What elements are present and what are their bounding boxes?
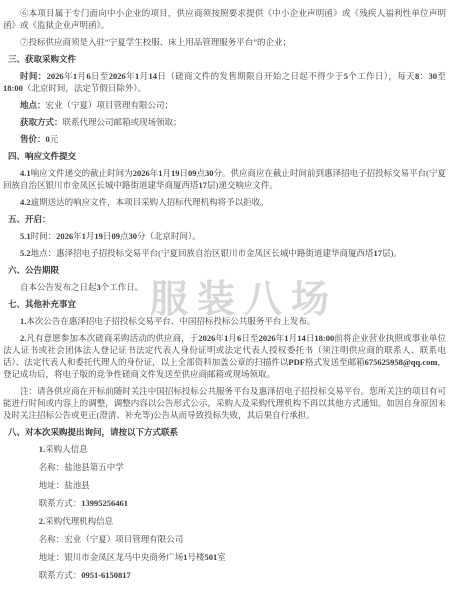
heading-section-6-announcement-period: 六、公告期限 (8, 264, 446, 276)
paragraph-announcement-period: 自本公告发布之日起3个工作日。 (3, 281, 446, 293)
purchaser-info-title: 1.采购人信息 (3, 443, 446, 455)
obtain-method-label: 获取方式： (20, 117, 63, 127)
heading-section-5-opening: 五、开启： (8, 213, 446, 225)
procurement-announcement-page: ⑥本项目属于专门面向中小企业的项目，供应商须按照要求提供《中小企业声明函》或《残… (0, 0, 450, 581)
obtain-method-value: 联系代理公司邮箱或现场领取； (63, 117, 182, 127)
paragraph-smb-requirement: ⑥本项目属于专门面向中小企业的项目，供应商须按照要求提供《中小企业声明函》或《残… (3, 7, 446, 31)
paragraph-4-1-deadline: 4.1响应文件递交的截止时间为2026年1月19日09点30分。供应商应在截止时… (3, 167, 446, 191)
price-label: 售价： (20, 134, 46, 144)
row-obtain-time: 时间：2026年1月6日至2026年1月14日（磋商文件的发售期限自开始之日起不… (3, 70, 446, 94)
agency-address: 地址：银川市金凤区龙马中央商务广场1号楼501室 (3, 551, 446, 563)
paragraph-note-attention: 注：请各供应商在开标前随时关注中国招标投标公共服务平台及惠泽招电子招投标交易平台… (3, 385, 446, 421)
purchaser-name: 名称：盐池县第五中学 (3, 461, 446, 473)
obtain-location-value: 宏业（宁夏）项目管理有限公司； (46, 100, 174, 110)
row-price: 售价：0元 (3, 133, 446, 145)
paragraph-5-1-opening-time: 5.1时间：2026年1月19日09点30分（北京时间）。 (3, 230, 446, 242)
obtain-location-label: 地点： (20, 100, 46, 110)
purchaser-phone: 联系方式：13995256461 (3, 497, 446, 509)
paragraph-platform-entry-requirement: ⑦投标供应商须是入驻“宁夏学生校服、床上用品管理服务平台”的企业； (3, 36, 446, 48)
row-obtain-method: 获取方式：联系代理公司邮箱或现场领取； (3, 116, 446, 128)
heading-section-7-supplementary: 七、其他补充事宜 (8, 298, 446, 310)
paragraph-7-2-registration-instructions: 2.凡有意愿参加本次磋商采购活动的供应商，于2026年1月6日至2026年1月1… (3, 332, 446, 380)
heading-section-8-contact: 八、对本次采购提出询问，请按以下方式联系 (8, 426, 446, 438)
obtain-time-label: 时间： (20, 71, 47, 81)
heading-section-4-response-submission: 四、响应文件提交 (8, 150, 446, 162)
row-obtain-location: 地点：宏业（宁夏）项目管理有限公司； (3, 99, 446, 111)
agency-phone: 联系方式：0951-6150817 (3, 569, 446, 581)
agency-name: 名称：宏业（宁夏）项目管理有限公司 (3, 533, 446, 545)
paragraph-5-2-opening-location: 5.2地点：惠泽招电子招投标交易平台(宁夏回族自治区银川市金凤区长城中路街道建华… (3, 247, 446, 259)
purchaser-address: 地址：盐池县 (3, 479, 446, 491)
paragraph-7-1-publication-platforms: 1.本次公告在惠泽招电子招投标交易平台、中国招标投标公共服务平台上发布。 (3, 315, 446, 327)
paragraph-4-2-late-rejection: 4.2逾期送达的响应文件，本项目采购人招标代理机构将予以拒收。 (3, 196, 446, 208)
price-value: 0元 (46, 134, 59, 144)
agency-info-title: 2.采购代理机构信息 (3, 515, 446, 527)
heading-section-3-obtain-documents: 三、获取采购文件 (8, 53, 446, 65)
obtain-time-value: 2026年1月6日至2026年1月14日（磋商文件的发售期限自开始之日起不得少于… (3, 71, 446, 93)
